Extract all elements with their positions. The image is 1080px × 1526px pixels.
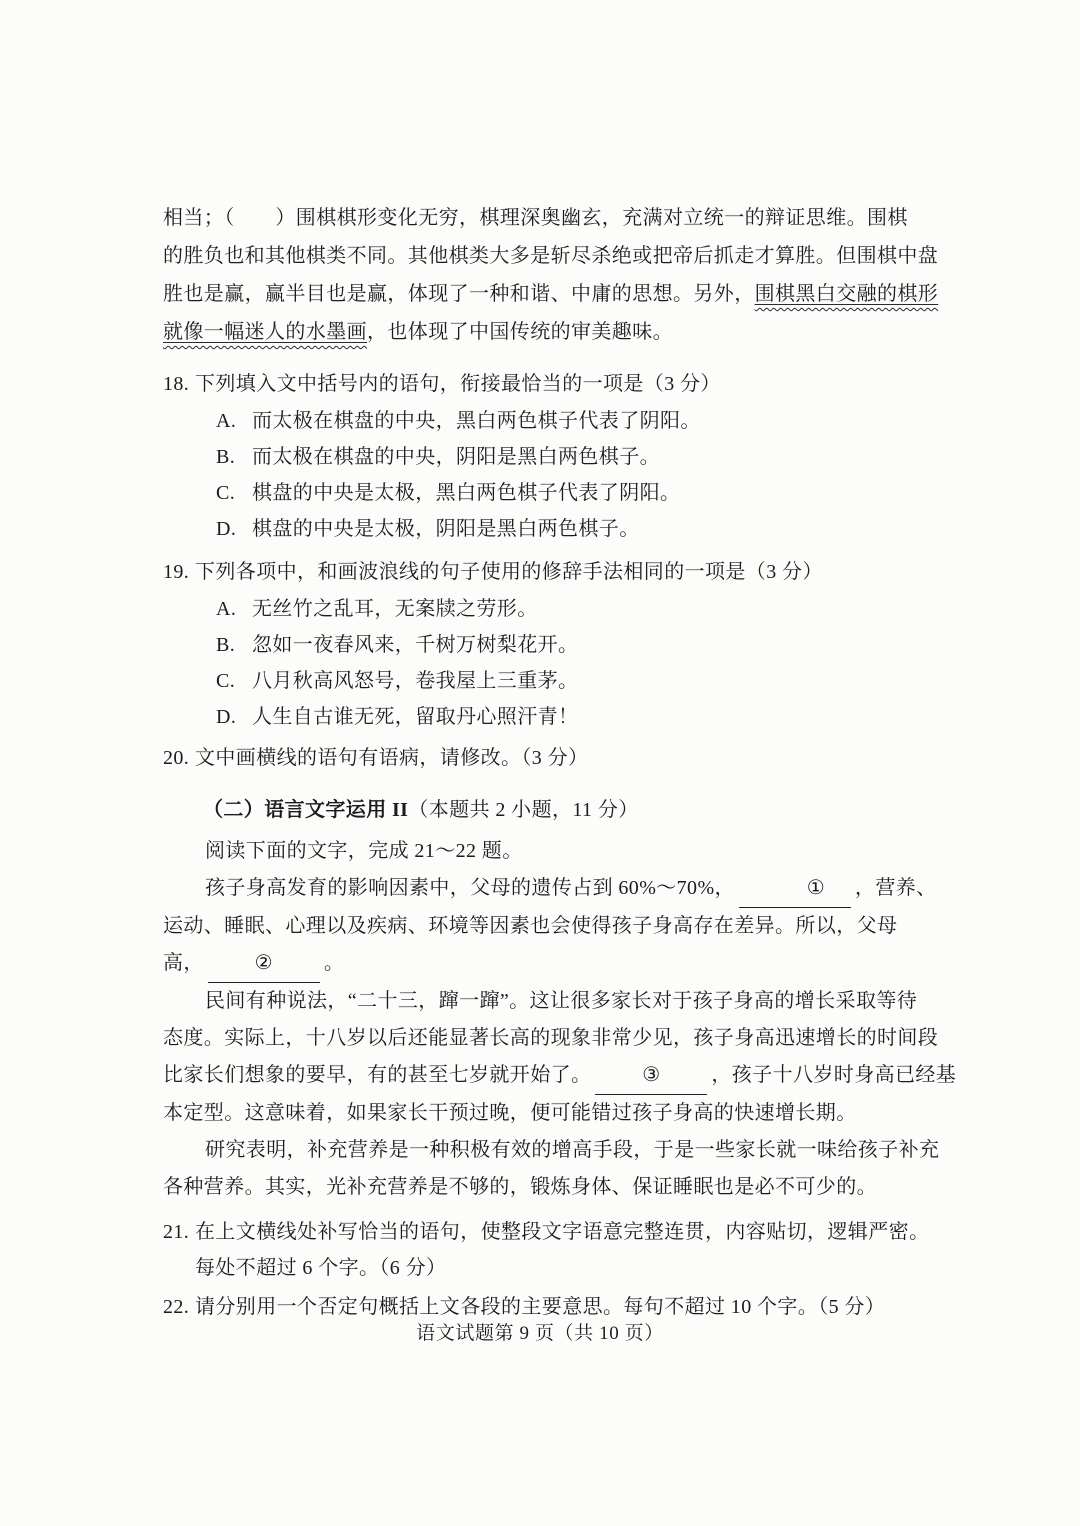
option-label: D. (216, 699, 252, 735)
option-label: D. (216, 511, 252, 547)
page-content: 相当；（ ）围棋棋形变化无穷，棋理深奥幽玄，充满对立统一的辩证思维。围棋 的胜负… (163, 199, 928, 1325)
passage-text: 的胜负也和其他棋类不同。其他棋类大多是斩尽杀绝或把帝后抓走才算胜。但围棋中盘 (163, 245, 938, 267)
reading-instruction: 阅读下面的文字，完成 21～22 题。 (163, 832, 928, 870)
question-stem-text: 文中画横线的语句有语病，请修改。（3 分） (195, 747, 588, 769)
blank-3: ③ (595, 1057, 707, 1095)
option-text: 无丝竹之乱耳，无案牍之劳形。 (252, 598, 538, 620)
option-text: 棋盘的中央是太极，阴阳是黑白两色棋子。 (252, 518, 640, 540)
passage-2-paragraph-2: 民间有种说法，“二十三，蹿一蹿”。这让很多家长对于孩子身高的增长采取等待 态度。… (163, 983, 928, 1132)
option-label: B. (216, 439, 252, 475)
section-title-note: （本题共 2 小题，11 分） (408, 799, 638, 821)
passage-line: 各种营养。其实，光补充营养是不够的，锻炼身体、保证睡眠也是必不可少的。 (163, 1169, 928, 1206)
question-20: 20.文中画横线的语句有语病，请修改。（3 分） (163, 739, 928, 777)
passage-2-paragraph-3: 研究表明，补充营养是一种积极有效的增高手段，于是一些家长就一味给孩子补充 各种营… (163, 1132, 928, 1206)
circled-number-2: ② (255, 952, 273, 974)
option-row-a: A.而太极在棋盘的中央，黑白两色棋子代表了阴阳。 (163, 403, 928, 439)
passage-line: 运动、睡眠、心理以及疾病、环境等因素也会使得孩子身高存在差异。所以，父母 (163, 908, 928, 945)
exam-page: 相当；（ ）围棋棋形变化无穷，棋理深奥幽玄，充满对立统一的辩证思维。围棋 的胜负… (0, 0, 1080, 1526)
question-stem: 18.下列填入文中括号内的语句，衔接最恰当的一项是（3 分） (163, 365, 928, 403)
passage-text: 相当；（ ）围棋棋形变化无穷，棋理深奥幽玄，充满对立统一的辩证思维。围棋 (163, 207, 908, 229)
section-2-heading: （二）语言文字运用 II（本题共 2 小题，11 分） (163, 791, 928, 829)
passage-line: 的胜负也和其他棋类不同。其他棋类大多是斩尽杀绝或把帝后抓走才算胜。但围棋中盘 (163, 237, 928, 275)
circled-number-1: ① (807, 877, 825, 899)
passage-line: 民间有种说法，“二十三，蹿一蹿”。这让很多家长对于孩子身高的增长采取等待 (163, 983, 928, 1020)
option-label: C. (216, 663, 252, 699)
page-footer: 语文试题第 9 页（共 10 页） (0, 1318, 1080, 1345)
question-21: 21.在上文横线处补写恰当的语句，使整段文字语意完整连贯，内容贴切，逻辑严密。 … (163, 1214, 928, 1286)
underlined-wavy-sentence: 就像一幅迷人的水墨画 (163, 321, 367, 343)
question-stem: 21.在上文横线处补写恰当的语句，使整段文字语意完整连贯，内容贴切，逻辑严密。 (163, 1214, 928, 1250)
passage-2-paragraph-1: 孩子身高发育的影响因素中，父母的遗传占到 60%～70%，①，营养、 运动、睡眠… (163, 870, 928, 983)
option-text: 八月秋高风怒号，卷我屋上三重茅。 (252, 670, 578, 692)
passage-2: 孩子身高发育的影响因素中，父母的遗传占到 60%～70%，①，营养、 运动、睡眠… (163, 870, 928, 1206)
question-number: 19. (163, 553, 195, 591)
blank-1: ① (739, 870, 851, 908)
question-stem: 19.下列各项中，和画波浪线的句子使用的修辞手法相同的一项是（3 分） (163, 553, 928, 591)
question-number: 20. (163, 739, 195, 777)
option-row-c: C.八月秋高风怒号，卷我屋上三重茅。 (163, 663, 928, 699)
passage-text: 胜也是赢，赢半目也是赢，体现了一种和谐、中庸的思想。另外， (163, 283, 755, 305)
circled-number-3: ③ (642, 1064, 660, 1086)
passage-line: 态度。实际上，十八岁以后还能显著长高的现象非常少见，孩子身高迅速增长的时间段 (163, 1020, 928, 1057)
question-19: 19.下列各项中，和画波浪线的句子使用的修辞手法相同的一项是（3 分） A.无丝… (163, 553, 928, 735)
question-number: 18. (163, 365, 195, 403)
section-title: （二）语言文字运用 II (203, 799, 408, 821)
option-label: A. (216, 591, 252, 627)
question-stem-text: 请分别用一个否定句概括上文各段的主要意思。每句不超过 10 个字。（5 分） (195, 1296, 885, 1318)
option-row-a: A.无丝竹之乱耳，无案牍之劳形。 (163, 591, 928, 627)
question-stem: 20.文中画横线的语句有语病，请修改。（3 分） (163, 739, 928, 777)
blank-2: ② (208, 945, 320, 983)
question-stem-text: 在上文横线处补写恰当的语句，使整段文字语意完整连贯，内容贴切，逻辑严密。 (195, 1221, 929, 1243)
option-row-d: D.棋盘的中央是太极，阴阳是黑白两色棋子。 (163, 511, 928, 547)
passage-1: 相当；（ ）围棋棋形变化无穷，棋理深奥幽玄，充满对立统一的辩证思维。围棋 的胜负… (163, 199, 928, 351)
option-row-c: C.棋盘的中央是太极，黑白两色棋子代表了阴阳。 (163, 475, 928, 511)
option-text: 而太极在棋盘的中央，黑白两色棋子代表了阴阳。 (252, 410, 701, 432)
option-row-b: B.忽如一夜春风来，千树万树梨花开。 (163, 627, 928, 663)
passage-line: 高，②。 (163, 945, 928, 983)
question-stem-text: 下列各项中，和画波浪线的句子使用的修辞手法相同的一项是（3 分） (195, 561, 823, 583)
question-stem-text: 下列填入文中括号内的语句，衔接最恰当的一项是（3 分） (195, 373, 721, 395)
option-text: 棋盘的中央是太极，黑白两色棋子代表了阴阳。 (252, 482, 680, 504)
option-row-d: D.人生自古谁无死，留取丹心照汗青！ (163, 699, 928, 735)
option-label: A. (216, 403, 252, 439)
question-stem-continued: 每处不超过 6 个字。（6 分） (163, 1250, 928, 1286)
option-text: 忽如一夜春风来，千树万树梨花开。 (252, 634, 578, 656)
passage-line: 相当；（ ）围棋棋形变化无穷，棋理深奥幽玄，充满对立统一的辩证思维。围棋 (163, 199, 928, 237)
option-text: 人生自古谁无死，留取丹心照汗青！ (252, 706, 578, 728)
option-text: 而太极在棋盘的中央，阴阳是黑白两色棋子。 (252, 446, 660, 468)
passage-line: 本定型。这意味着，如果家长干预过晚，便可能错过孩子身高的快速增长期。 (163, 1095, 928, 1132)
option-row-b: B.而太极在棋盘的中央，阴阳是黑白两色棋子。 (163, 439, 928, 475)
passage-line: 研究表明，补充营养是一种积极有效的增高手段，于是一些家长就一味给孩子补充 (163, 1132, 928, 1169)
passage-line: 比家长们想象的要早，有的甚至七岁就开始了。③，孩子十八岁时身高已经基 (163, 1057, 928, 1095)
passage-line: 就像一幅迷人的水墨画，也体现了中国传统的审美趣味。 (163, 313, 928, 351)
passage-line: 胜也是赢，赢半目也是赢，体现了一种和谐、中庸的思想。另外，围棋黑白交融的棋形 (163, 275, 928, 313)
question-number: 21. (163, 1214, 195, 1250)
passage-text: ，也体现了中国传统的审美趣味。 (367, 321, 673, 343)
passage-line: 孩子身高发育的影响因素中，父母的遗传占到 60%～70%，①，营养、 (163, 870, 928, 908)
question-18: 18.下列填入文中括号内的语句，衔接最恰当的一项是（3 分） A.而太极在棋盘的… (163, 365, 928, 547)
underlined-wavy-sentence: 围棋黑白交融的棋形 (755, 283, 939, 305)
option-label: B. (216, 627, 252, 663)
option-label: C. (216, 475, 252, 511)
